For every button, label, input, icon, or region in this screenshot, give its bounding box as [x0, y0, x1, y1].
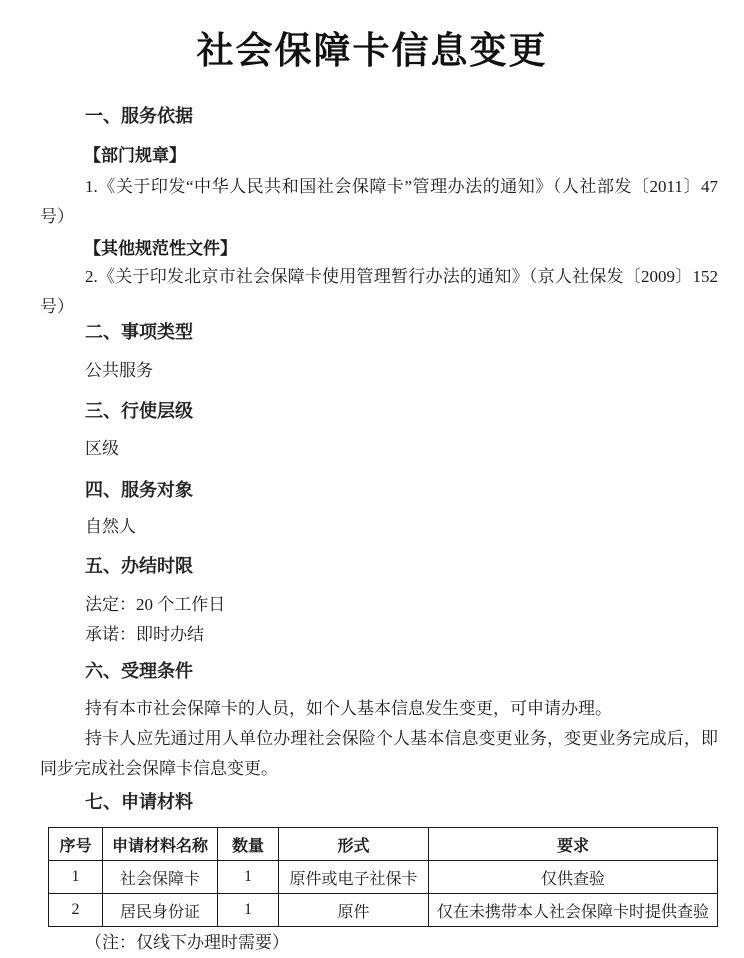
acceptance-condition-2: 持卡人应先通过用人单位办理社会保险个人基本信息变更业务，变更业务完成后，即同步完… — [40, 724, 718, 784]
item-type-value: 公共服务 — [40, 356, 718, 386]
time-limit-promised: 承诺：即时办结 — [40, 620, 718, 650]
cell-quantity: 1 — [218, 894, 279, 927]
section-heading-item-type: 二、事项类型 — [40, 321, 718, 343]
time-limit-statutory: 法定：20 个工作日 — [40, 590, 718, 620]
table-note: （注：仅线下办理时需要） — [40, 930, 718, 956]
section-heading-service-target: 四、服务对象 — [40, 479, 718, 501]
cell-requirement: 仅在未携带本人社会保障卡时提供查验 — [429, 894, 718, 927]
section-heading-application-materials: 七、申请材料 — [40, 791, 718, 813]
cell-form: 原件或电子社保卡 — [279, 861, 429, 894]
label-department-rules: 【部门规章】 — [40, 141, 718, 171]
cell-material: 社会保障卡 — [103, 861, 218, 894]
cell-requirement: 仅供查验 — [429, 861, 718, 894]
label-other-documents: 【其他规范性文件】 — [40, 234, 718, 264]
basis-item-2: 2.《关于印发北京市社会保障卡使用管理暂行办法的通知》（京人社保发〔2009〕1… — [40, 262, 718, 322]
basis-item-1: 1.《关于印发“中华人民共和国社会保障卡”管理办法的通知》（人社部发〔2011〕… — [40, 172, 718, 232]
section-heading-service-basis: 一、服务依据 — [40, 105, 718, 127]
application-materials-table: 序号 申请材料名称 数量 形式 要求 1 社会保障卡 1 原件或电子社保卡 仅供… — [48, 827, 718, 927]
acceptance-condition-1: 持有本市社会保障卡的人员，如个人基本信息发生变更，可申请办理。 — [40, 694, 718, 724]
exercise-level-value: 区级 — [40, 434, 718, 464]
column-header-index: 序号 — [49, 828, 103, 861]
page-title: 社会保障卡信息变更 — [0, 20, 744, 74]
column-header-requirement: 要求 — [429, 828, 718, 861]
cell-quantity: 1 — [218, 861, 279, 894]
column-header-form: 形式 — [279, 828, 429, 861]
service-target-value: 自然人 — [40, 512, 718, 542]
column-header-quantity: 数量 — [218, 828, 279, 861]
column-header-material: 申请材料名称 — [103, 828, 218, 861]
document-page: 社会保障卡信息变更 一、服务依据 【部门规章】 1.《关于印发“中华人民共和国社… — [0, 0, 744, 958]
cell-form: 原件 — [279, 894, 429, 927]
table-row: 1 社会保障卡 1 原件或电子社保卡 仅供查验 — [49, 861, 718, 894]
cell-index: 2 — [49, 894, 103, 927]
cell-material: 居民身份证 — [103, 894, 218, 927]
table-header-row: 序号 申请材料名称 数量 形式 要求 — [49, 828, 718, 861]
section-heading-time-limit: 五、办结时限 — [40, 555, 718, 577]
section-heading-acceptance-conditions: 六、受理条件 — [40, 660, 718, 682]
table-row: 2 居民身份证 1 原件 仅在未携带本人社会保障卡时提供查验 — [49, 894, 718, 927]
section-heading-exercise-level: 三、行使层级 — [40, 400, 718, 422]
cell-index: 1 — [49, 861, 103, 894]
